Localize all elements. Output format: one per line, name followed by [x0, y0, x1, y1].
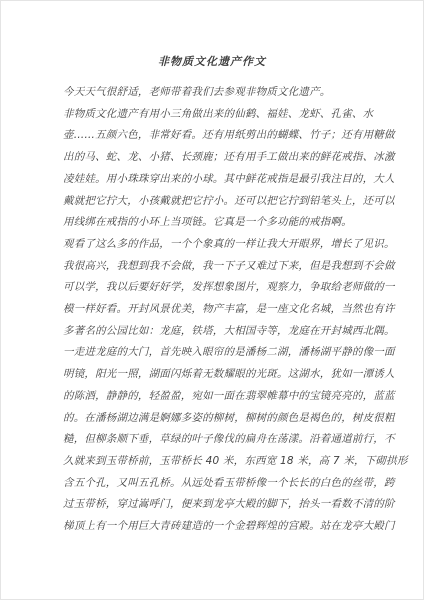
essay-line: 非物质文化遗产有用小三角做出来的仙鹤、福娃、龙虾、孔雀、水 [63, 104, 383, 126]
essay-line: 凌娃娃。用小珠珠穿出来的小球。其中鲜花戒指是最引我注目的，大人 [63, 169, 383, 191]
essay-line: 可以学，我以后要好好学，发挥想象图片，观察力，争取给老师做的一 [63, 277, 383, 299]
essay-line: 今天天气很舒适，老师带着我们去参观非物质文化遗产。 [63, 82, 383, 104]
essay-line: 含五个孔，又叫五孔桥。从远处看玉带桥像一个长长的白色的丝带，跨 [63, 473, 383, 495]
essay-line: 的陈酒，静静的，轻盈盈，宛如一面在翡翠帷幕中的宝镜亮亮的，蓝蓝 [63, 386, 383, 408]
essay-line: 模一样好看。开封风景优美，物产丰富，是一座文化名城，当然也有许 [63, 299, 383, 321]
essay-line: 糙，但柳条顺下垂，草绿的叶子像伐的扁舟在荡漾。沿着通道前行，不 [63, 429, 383, 451]
essay-line: 的。在潘杨湖边满是婀娜多姿的柳树，柳树的颜色是褐色的，树皮很粗 [63, 408, 383, 430]
essay-line: 久就来到玉带桥前，玉带桥长 40 米，东西宽 18 米，高 7 米，下砌拱形 [63, 451, 383, 473]
essay-line: 用线绑在戒指的小环上当项链。它真是一个多功能的戒指啊。 [63, 212, 383, 234]
essay-line: 一走进龙庭的大门，首先映入眼帘的是潘杨二湖，潘杨湖平静的像一面 [63, 342, 383, 364]
essay-line: 明镜，阳光一照，湖面闪烁着无数耀眼的光斑。这湖水，犹如一潭诱人 [63, 364, 383, 386]
essay-line: 戴就把它拧大，小孩戴就把它拧小。还可以把它拧到铅笔头上，还可以 [63, 191, 383, 213]
essay-line: 过玉带桥，穿过嵩呼门，便来到龙亭大殿的脚下，抬头一看数不清的阶 [63, 494, 383, 516]
essay-line: 观看了这么多的作品，一个个象真的一样让我大开眼界，增长了见识。 [63, 234, 383, 256]
essay-line: 壶……五颜六色，非常好看。还有用纸剪出的蝴蝶、竹子；还有用糖做 [63, 125, 383, 147]
essay-body: 今天天气很舒适，老师带着我们去参观非物质文化遗产。 非物质文化遗产有用小三角做出… [63, 82, 383, 538]
essay-title: 非物质文化遗产作文 [1, 53, 423, 69]
essay-line: 出的马、蛇、龙、小猪、长颈鹿；还有用手工做出来的鲜花戒指、冰激 [63, 147, 383, 169]
document-page: 非物质文化遗产作文 今天天气很舒适，老师带着我们去参观非物质文化遗产。 非物质文… [0, 0, 424, 600]
essay-line: 梯顶上有一个用巨大青砖建造的一个金碧辉煌的宫殿。站在龙亭大殿门 [63, 516, 383, 538]
essay-line: 我很高兴，我想到我不会做，我一下子又难过下来，但是我想到不会做 [63, 256, 383, 278]
essay-line: 多著名的公园比如：龙庭，铁塔，大相国寺等，龙庭在开封城西北隅。 [63, 321, 383, 343]
